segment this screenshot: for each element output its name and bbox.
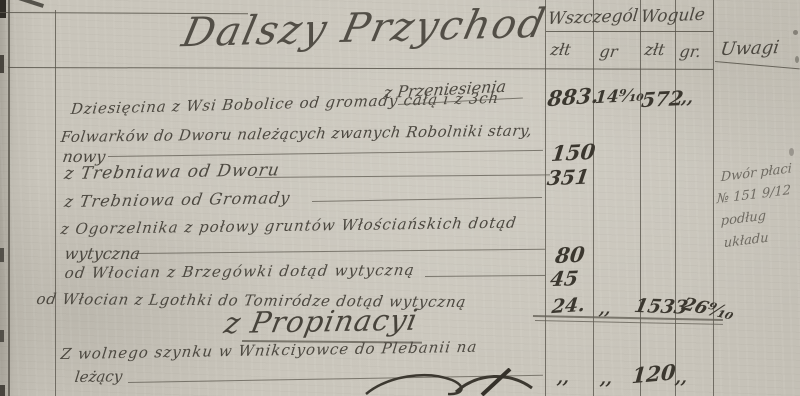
page-title: Dalszy Przychod bbox=[178, 0, 551, 56]
entry-rule bbox=[312, 197, 542, 202]
amount-total-detail-zlt: 24. bbox=[551, 294, 586, 319]
entry-rule bbox=[425, 275, 545, 277]
amount-carryover-total-gr: ,, bbox=[680, 88, 695, 108]
ledger-page: Dalszy Przychod Wszczegól Wogule złt gr … bbox=[0, 0, 800, 396]
remark-note-line: № 151 9/12 bbox=[717, 183, 791, 207]
amount-carryover-detail-zlt: 883. bbox=[546, 82, 600, 111]
entry-line: z Ogorzelnika z połowy gruntów Włościańs… bbox=[60, 214, 518, 238]
entry-line: od Włocian z Brzegówki dotąd wytyczną bbox=[64, 261, 417, 282]
column-unit-total-zlt: złt bbox=[643, 40, 666, 59]
detail-gr-column-rule bbox=[593, 0, 594, 396]
section-heading: z Propinacyi bbox=[221, 303, 421, 340]
amount-wlocian-zlt: 45 bbox=[549, 266, 580, 291]
entry-line: z Trebniawa od Dworu bbox=[63, 160, 282, 184]
column-group-detail-label: Wszczegól bbox=[547, 6, 639, 29]
detail-zlt-column-rule bbox=[545, 0, 546, 396]
amount-carryover-detail-gr: 14⁹⁄₁₀ bbox=[594, 85, 645, 108]
scan-edge-mark bbox=[0, 0, 6, 18]
amount-propination-detail-gr: ,, bbox=[599, 369, 614, 389]
entry-line: z Trebniowa od Gromady bbox=[63, 188, 292, 211]
amount-trebniawa-zlt: 351 bbox=[546, 165, 591, 191]
entry-line: Dziesięcina z Wsi Bobolice od gromady ca… bbox=[70, 89, 500, 118]
entry-line: Z wolnego szynku w Wnikciyowce do Pleban… bbox=[60, 338, 479, 363]
scan-speck bbox=[795, 56, 799, 63]
total-zlt-column-rule bbox=[640, 0, 641, 396]
pen-stray-mark bbox=[18, 0, 44, 8]
column-unit-total-gr: gr. bbox=[678, 42, 702, 61]
amount-ogorzelnik-zlt: 80 bbox=[554, 241, 586, 268]
amount-total-detail-gr: ,, bbox=[598, 299, 612, 318]
column-unit-detail-zlt: złt bbox=[549, 40, 572, 59]
scan-edge-mark bbox=[0, 330, 4, 342]
column-group-total-label: Wogule bbox=[640, 5, 706, 27]
amount-nowy-zlt: 150 bbox=[550, 139, 597, 166]
remark-note-line: Dwór płaci bbox=[721, 161, 792, 185]
remark-note-line: podług bbox=[721, 208, 766, 229]
entry-line: Folwarków do Dworu należących zwanych Ro… bbox=[60, 121, 534, 146]
entry-rule bbox=[108, 150, 543, 157]
column-unit-detail-gr: gr bbox=[598, 42, 619, 61]
column-remarks-label: Uwagi bbox=[719, 37, 781, 60]
scan-edge-mark bbox=[0, 55, 4, 73]
scan-speck bbox=[789, 148, 794, 156]
remarks-column-rule bbox=[713, 0, 714, 396]
header-bottom-rule bbox=[8, 67, 713, 70]
amount-carryover-total-zlt: 572 bbox=[640, 86, 685, 112]
remark-note-line: układu bbox=[724, 231, 769, 252]
totals-double-underline bbox=[535, 320, 723, 325]
total-gr-column-rule bbox=[675, 0, 676, 396]
table-left-border bbox=[8, 0, 10, 396]
entry-rule bbox=[255, 174, 550, 178]
scan-edge-mark bbox=[0, 248, 4, 262]
entry-rule bbox=[135, 249, 545, 254]
scan-edge-mark bbox=[0, 385, 5, 396]
scan-speck bbox=[793, 30, 798, 35]
entry-line: leżący bbox=[74, 367, 124, 386]
amount-propination-total-gr: ,, bbox=[674, 368, 689, 388]
amount-propination-total-zlt: 120 bbox=[631, 359, 677, 388]
remarks-header-underline bbox=[715, 61, 800, 69]
entry-line: wytyczna bbox=[63, 244, 141, 263]
header-group-underline bbox=[546, 31, 713, 32]
next-heading-flourish-icon bbox=[360, 368, 570, 396]
